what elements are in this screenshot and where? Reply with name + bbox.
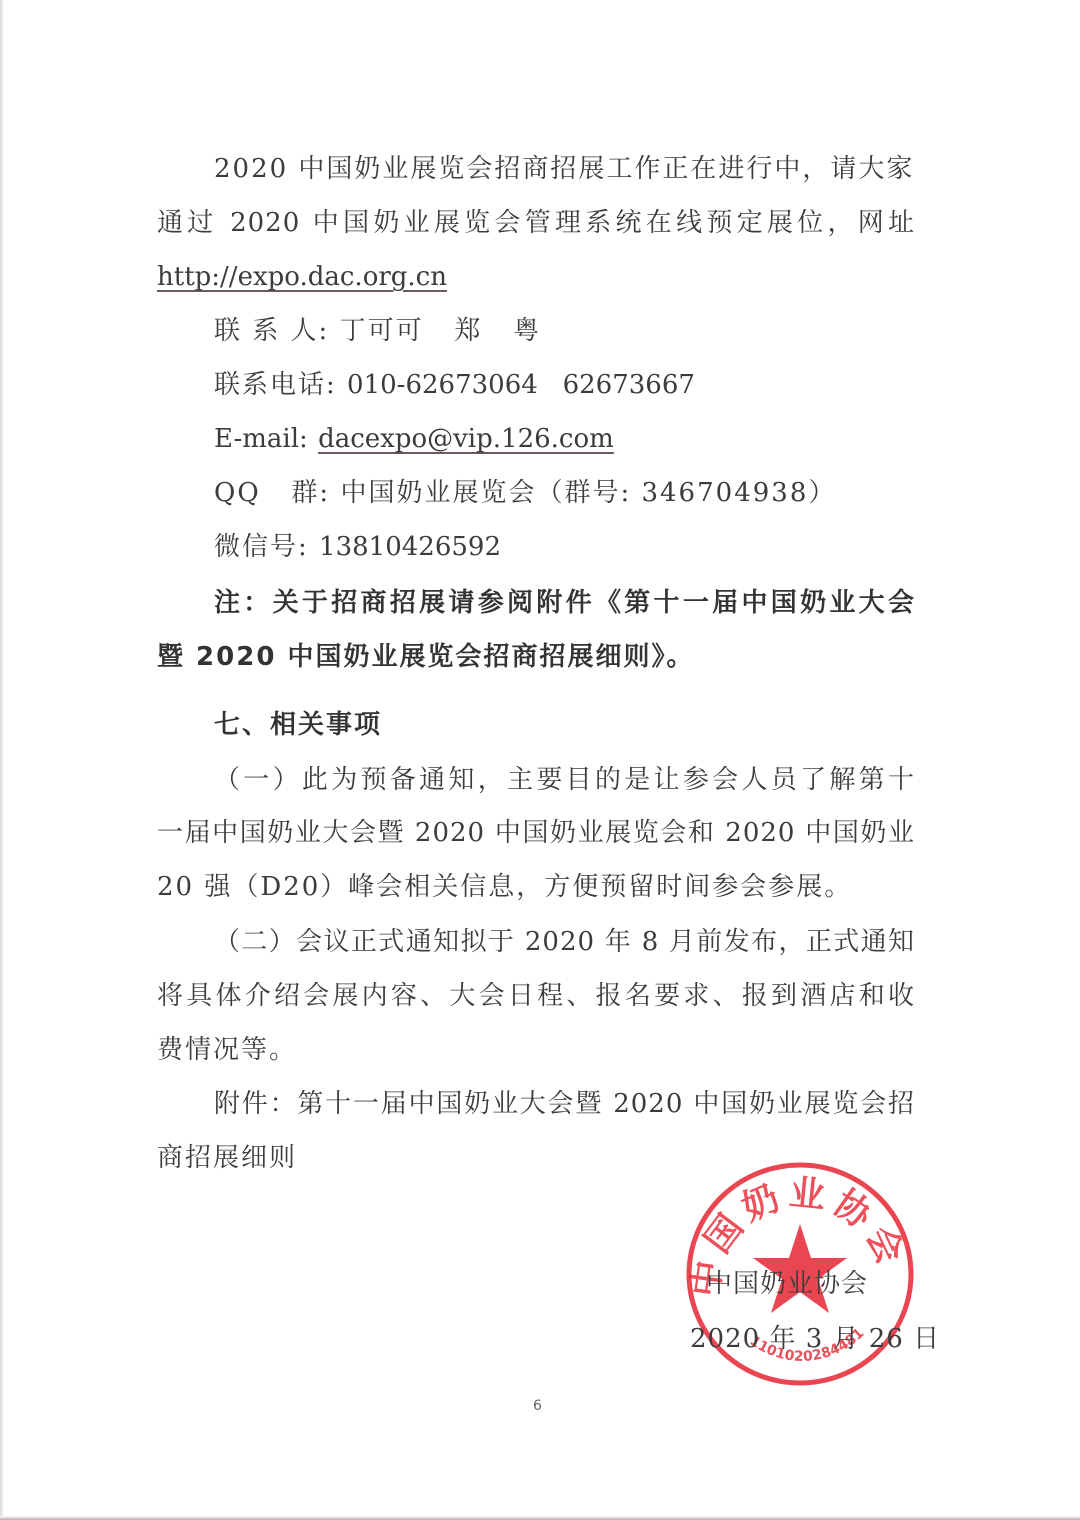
section-7-item-1-line-1: （一）此为预备通知，主要目的是让参会人员了解第十 [214, 765, 915, 795]
contact-qq-label: QQ 群: [214, 478, 330, 508]
note-line-2: 暨 2020 中国奶业展览会招商招展细则》。 [157, 642, 694, 672]
attachment-line-1: 附件：第十一届中国奶业大会暨 2020 中国奶业展览会招 [214, 1089, 915, 1119]
contact-phone-value: 010-62673064 62673667 [347, 370, 695, 400]
contact-wechat-label: 微信号: [214, 532, 309, 562]
section-7-item-2-line-3: 费情况等。 [157, 1035, 297, 1065]
contact-qq-row: QQ 群: 中国奶业展览会（群号: 346704938） [214, 478, 836, 508]
page-number: 6 [533, 1398, 542, 1414]
signature-date: 2020 年 3 月 26 日 [690, 1318, 940, 1355]
intro-line-2: 通过 2020 中国奶业展览会管理系统在线预定展位，网址 [157, 208, 915, 238]
contact-wechat-row: 微信号: 13810426592 [214, 532, 501, 562]
contact-wechat-value: 13810426592 [319, 532, 501, 562]
contact-qq-value: 中国奶业展览会（群号: 346704938） [340, 478, 836, 508]
contact-email-label: E-mail: [214, 424, 308, 454]
attachment-line-2: 商招展细则 [157, 1143, 297, 1173]
page-edge-bottom [0, 1516, 1080, 1520]
section-7-item-2-line-1: （二）会议正式通知拟于 2020 年 8 月前发布，正式通知 [214, 927, 915, 957]
note-line-1: 注：关于招商招展请参阅附件《第十一届中国奶业大会 [214, 588, 915, 618]
section-7-item-1-line-2: 一届中国奶业大会暨 2020 中国奶业展览会和 2020 中国奶业 [157, 818, 915, 848]
page-edge-left [0, 0, 4, 1520]
intro-line-1: 2020 中国奶业展览会招商招展工作正在进行中，请大家 [214, 154, 914, 184]
contact-person-row: 联 系 人: 丁可可 郑 粤 [214, 316, 541, 346]
signature-organization: 中国奶业协会 [706, 1263, 868, 1300]
contact-person-value: 丁可可 郑 粤 [340, 316, 542, 346]
contact-email-link[interactable]: dacexpo@vip.126.com [318, 424, 614, 454]
contact-phone-row: 联系电话: 010-62673064 62673667 [214, 370, 695, 400]
section-7-item-1-line-3: 20 强（D20）峰会相关信息，方便预留时间参会参展。 [157, 872, 852, 902]
expo-url-link[interactable]: http://expo.dac.org.cn [157, 262, 447, 292]
contact-email-row: E-mail: dacexpo@vip.126.com [214, 424, 614, 454]
contact-person-label: 联 系 人: [214, 316, 329, 346]
section-7-heading: 七、相关事项 [214, 710, 382, 740]
section-7-item-2-line-2: 将具体介绍会展内容、大会日程、报名要求、报到酒店和收 [157, 981, 915, 1011]
contact-phone-label: 联系电话: [214, 370, 337, 400]
